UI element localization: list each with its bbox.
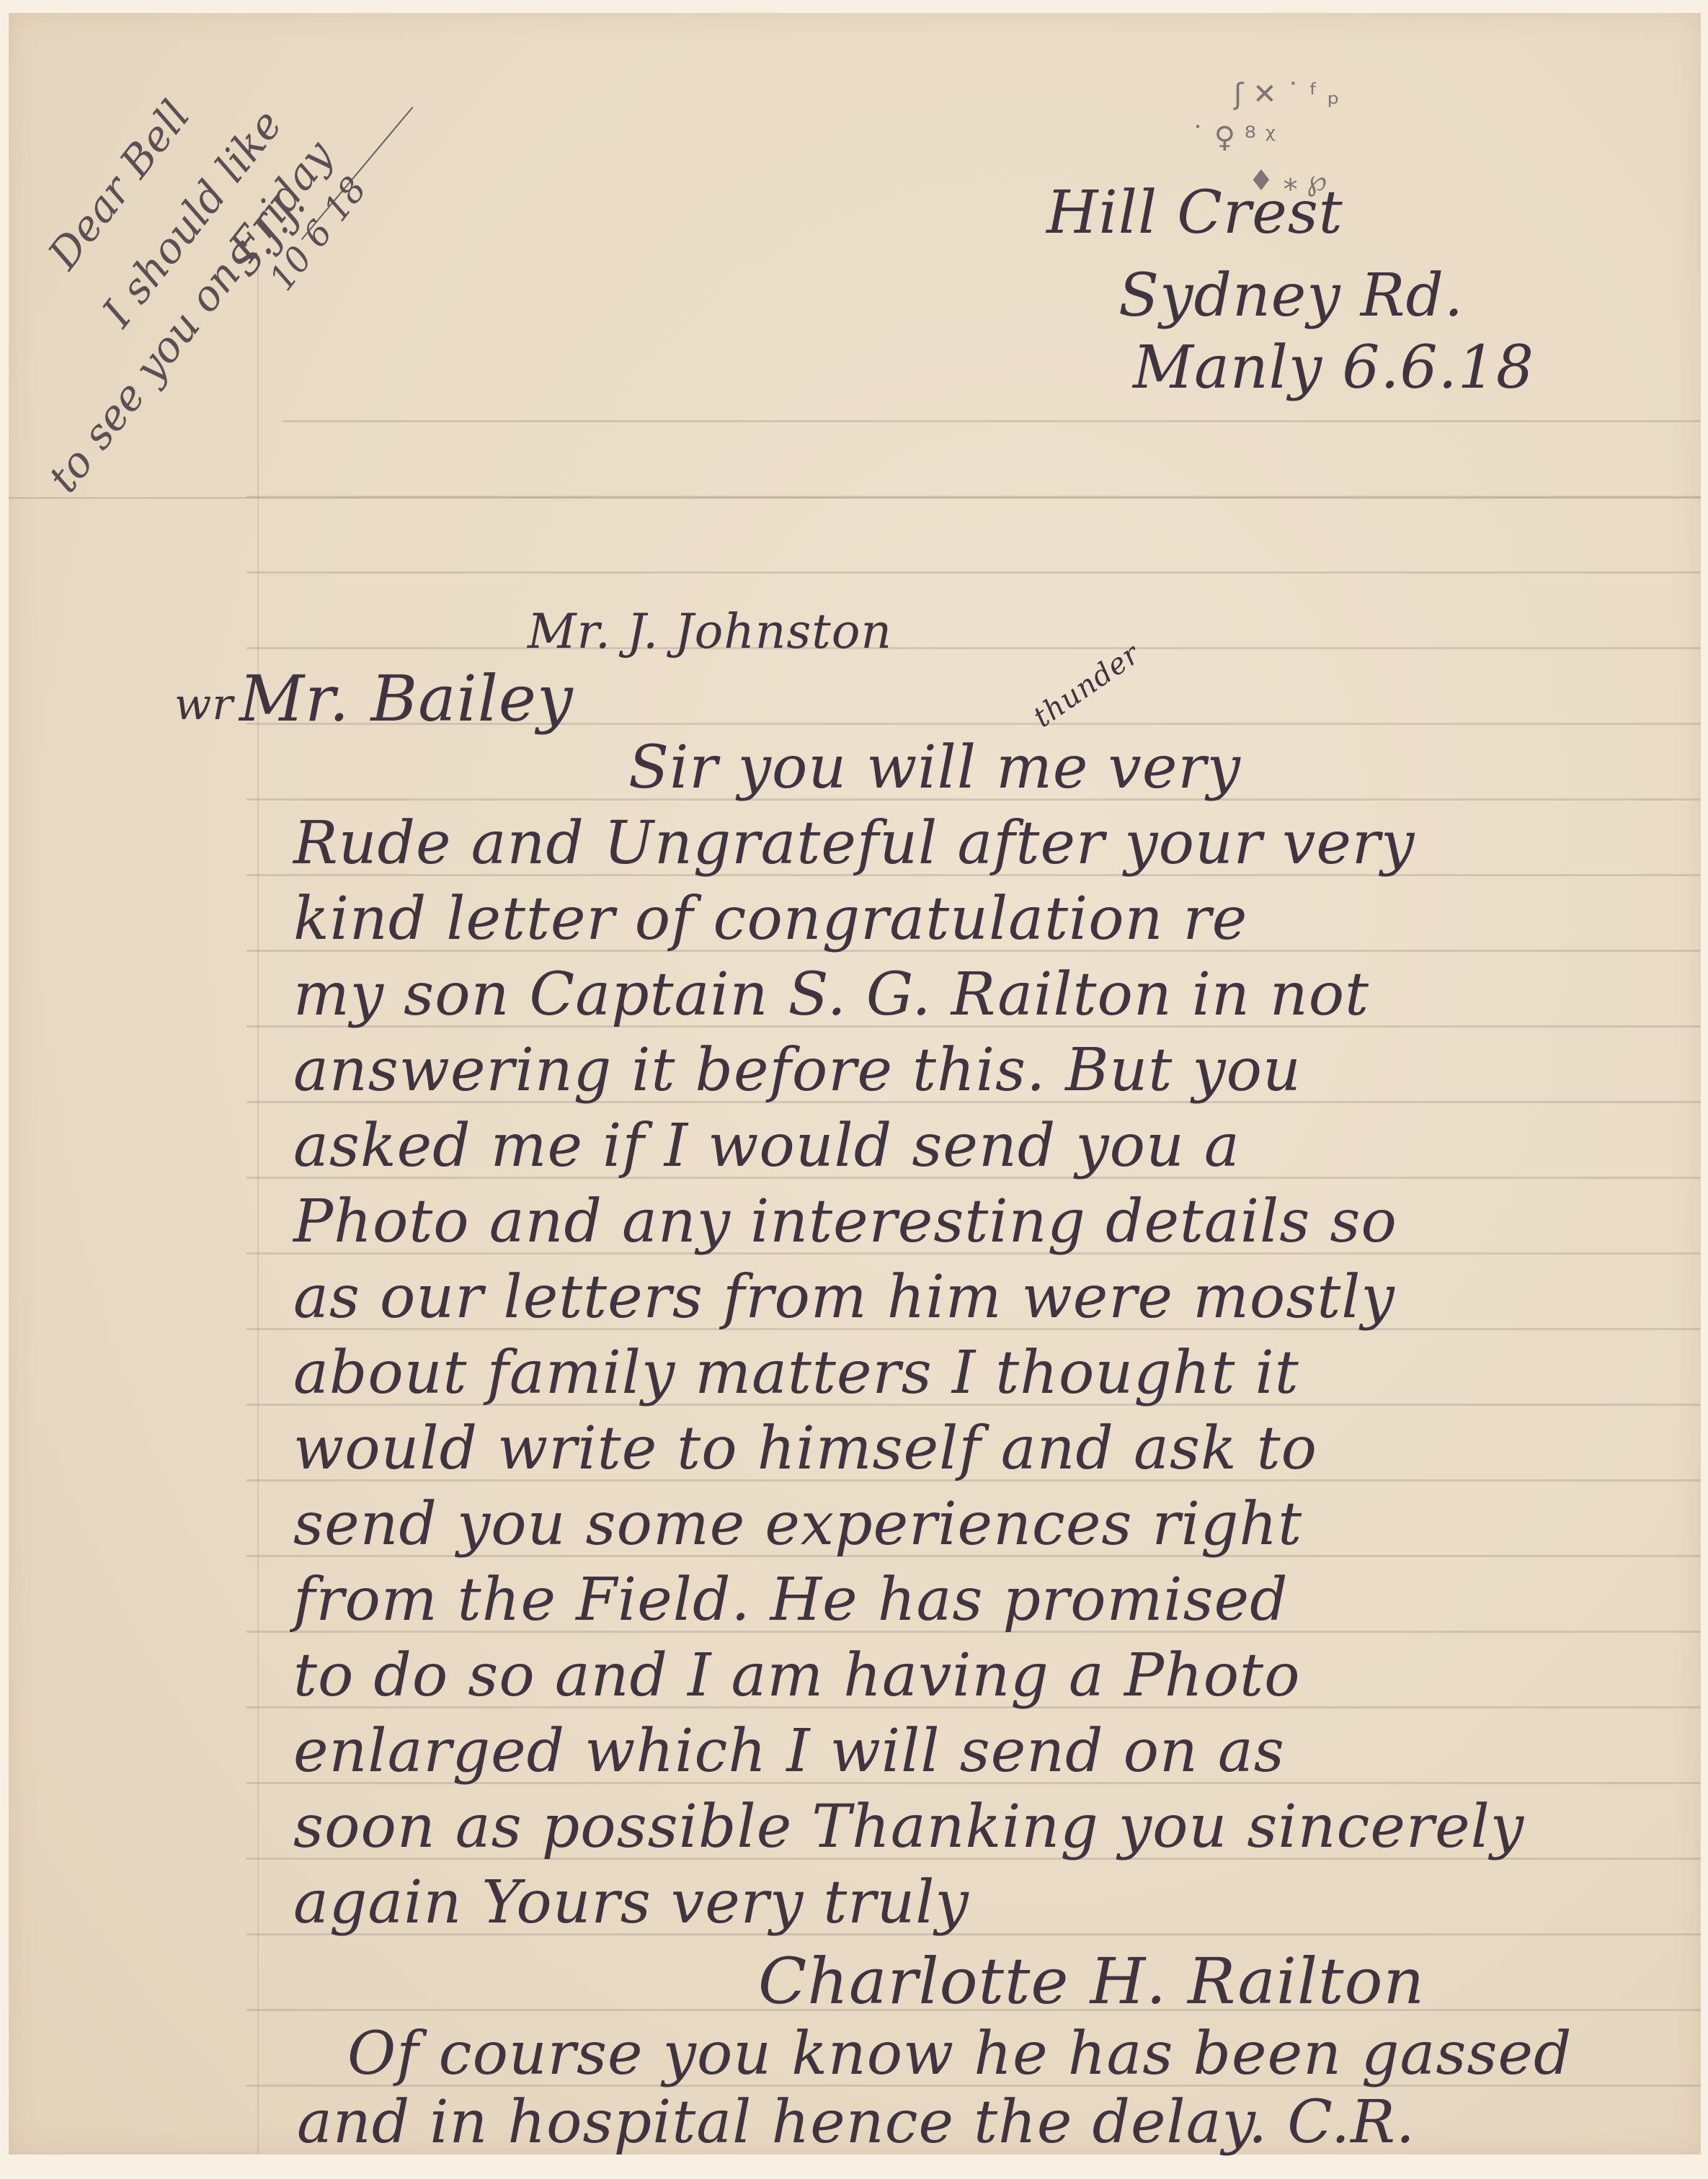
body-line: kind letter of congratulation re — [293, 885, 1247, 953]
ruled-line — [246, 496, 1701, 498]
ruled-line — [246, 647, 1701, 649]
margin-rule — [257, 267, 259, 2155]
body-line: as our letters from him were mostly — [293, 1263, 1395, 1332]
body-line: my son Captain S. G. Railton in not — [293, 961, 1369, 1029]
address-place-date: Manly 6.6.18 — [1133, 334, 1534, 402]
ruled-line — [283, 420, 1701, 422]
body-line: asked me if I would send you a — [293, 1112, 1240, 1180]
recipient-name: Mr. Bailey — [239, 661, 574, 736]
ruled-line — [246, 571, 1701, 574]
body-line: Photo and any interesting details so — [293, 1187, 1397, 1256]
body-line: Sir you will me very — [628, 734, 1241, 802]
body-line: Rude and Ungrateful after your very — [293, 809, 1415, 878]
letter-paper: Dear Bell I should like to see you on Fr… — [9, 13, 1701, 2155]
recipient-annotation: Mr. J. Johnston — [528, 604, 892, 659]
body-line: from the Field. He has promised — [293, 1566, 1289, 1634]
body-line: about family matters I thought it — [293, 1339, 1299, 1407]
postscript-line: Of course you know he has been gassed — [347, 2020, 1573, 2088]
postscript-line: and in hospital hence the delay. C.R. — [297, 2088, 1415, 2157]
body-line: would write to himself and ask to — [293, 1414, 1317, 1483]
body-line: send you some experiences right — [293, 1490, 1302, 1559]
body-line: to do so and I am having a Photo — [293, 1641, 1301, 1710]
address-street: Sydney Rd. — [1118, 262, 1464, 330]
ink-blot-marks: ˙ ♀ ⁸ ᵡ — [1191, 121, 1276, 154]
recipient-prefix: wr — [174, 679, 233, 730]
ink-blot-marks: ʃ ✕ ˙ ᶠ ₚ — [1234, 78, 1340, 111]
address-house: Hill Crest — [1046, 179, 1343, 247]
signature: Charlotte H. Railton — [758, 1944, 1425, 2018]
interlinear-correction: thunder — [1028, 638, 1147, 734]
body-line: enlarged which I will send on as — [293, 1717, 1285, 1786]
body-line: soon as possible Thanking you sincerely — [293, 1793, 1524, 1861]
body-line: again Yours very truly — [293, 1868, 969, 1937]
body-line: answering it before this. But you — [293, 1036, 1302, 1105]
